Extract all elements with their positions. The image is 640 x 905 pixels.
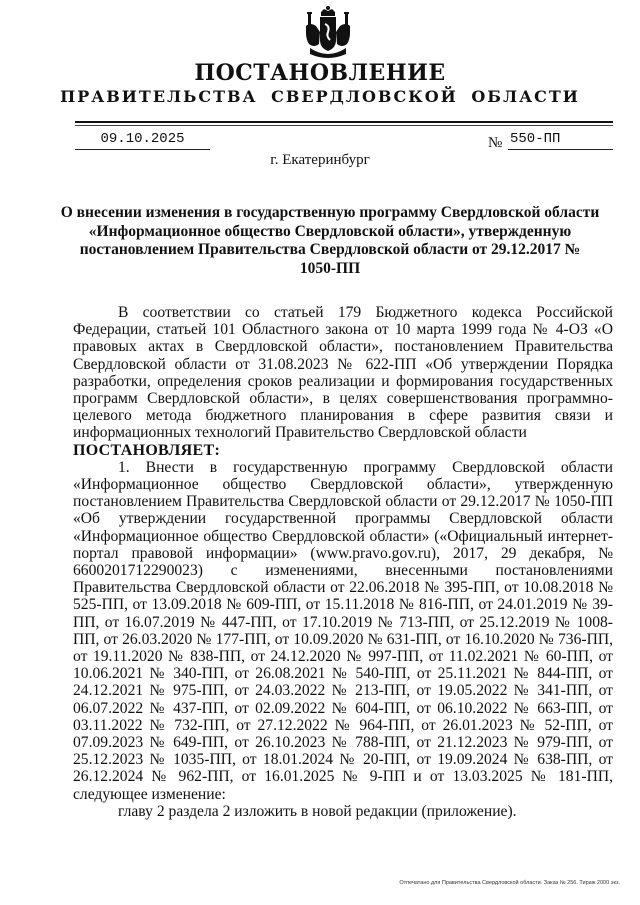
date-underline [75, 149, 210, 150]
document-title: О внесении изменения в государственную п… [60, 204, 600, 278]
document-type-heading: ПОСТАНОВЛЕНИЕ [0, 60, 640, 86]
issuing-authority-heading: ПРАВИТЕЛЬСТВА СВЕРДЛОВСКОЙ ОБЛАСТИ [0, 87, 640, 106]
header-divider [75, 121, 613, 123]
document-body: В соответствии со статьей 179 Бюджетного… [73, 304, 613, 820]
document-number: 550-ПП [508, 131, 615, 147]
header-divider-thin [75, 125, 613, 126]
print-note: Отпечатано для Правительства Свердловско… [399, 880, 620, 886]
decree-word: ПОСТАНОВЛЯЕТ: [73, 442, 613, 459]
document-date: 09.10.2025 [75, 131, 210, 147]
city-of-issue: г. Екатеринбург [0, 152, 640, 169]
number-label: № [488, 135, 502, 152]
coat-of-arms-icon [306, 4, 350, 60]
number-underline [508, 149, 613, 150]
preamble-paragraph: В соответствии со статьей 179 Бюджетного… [73, 304, 613, 442]
item-1-paragraph: 1. Внести в государственную программу Св… [73, 459, 613, 803]
item-1-change: главу 2 раздела 2 изложить в новой редак… [73, 803, 613, 820]
